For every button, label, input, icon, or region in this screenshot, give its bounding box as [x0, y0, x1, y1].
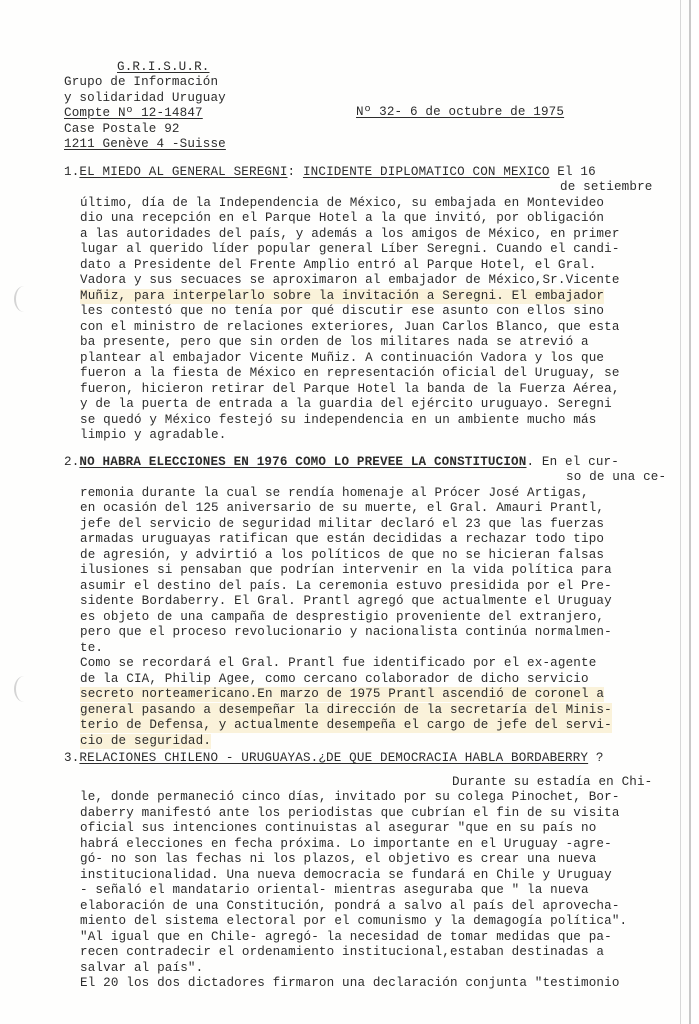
- body-line: fueron, hicieron retirar del Parque Hote…: [80, 382, 620, 397]
- section-heading: 3.RELACIONES CHILENO - URUGUAYAS.¿DE QUE…: [64, 751, 604, 766]
- body-line: dio una recepción en el Parque Hotel a l…: [80, 211, 604, 226]
- body-line: lugar al querido líder popular general L…: [80, 242, 620, 257]
- body-line: "Al igual que en Chile- agregó- la neces…: [80, 930, 612, 945]
- punch-hole-mark: [14, 676, 34, 702]
- body-line: gó- no son las fechas ni los plazos, el …: [80, 852, 596, 867]
- body-line: último, día de la Independencia de Méxic…: [80, 196, 604, 211]
- body-line: armadas uruguayas ratifican que están de…: [80, 532, 604, 547]
- body-line: de setiembre: [560, 180, 653, 195]
- section-number: 2.: [64, 455, 79, 469]
- org-acronym: G.R.I.S.U.R.: [117, 60, 210, 75]
- postal-box: Case Postale 92: [64, 122, 180, 137]
- body-line: remonia durante la cual se rendía homena…: [80, 486, 589, 501]
- body-line: les contestó que no tenía por qué discut…: [80, 304, 604, 319]
- body-line: le, donde permaneció cinco días, invitad…: [80, 790, 620, 805]
- section-heading: 1.EL MIEDO AL GENERAL SEREGNI: INCIDENTE…: [64, 165, 596, 180]
- title-separator: :: [288, 165, 303, 179]
- body-line: institucionalidad. Una nueva democracia …: [80, 868, 612, 883]
- issue-number-date: Nº 32- 6 de octubre de 1975: [356, 105, 564, 120]
- body-line: Como se recordará el Gral. Prantl fue id…: [80, 656, 596, 671]
- body-line: de la CIA, Philip Agee, como cercano col…: [80, 672, 589, 687]
- body-line: sidente Bordaberry. El Gral. Prantl agre…: [80, 594, 612, 609]
- body-line: general pasando a desempeñar la direcció…: [80, 703, 612, 718]
- body-line: secreto norteamericano.En marzo de 1975 …: [80, 687, 604, 702]
- body-line: jefe del servicio de seguridad militar d…: [80, 517, 604, 532]
- body-line: so de una ce-: [566, 470, 666, 485]
- section-heading: 2.NO HABRA ELECCIONES EN 1976 COMO LO PR…: [64, 455, 619, 470]
- org-name-line: Grupo de Información: [64, 75, 218, 90]
- body-line: dato a Presidente del Frente Amplio entr…: [80, 258, 596, 273]
- body-line: ilusiones si pensaban que podrían interv…: [80, 563, 612, 578]
- body-line: y de la puerta de entrada a la guardia d…: [80, 397, 612, 412]
- body-line: - señaló el mandatario oriental- mientra…: [80, 883, 589, 898]
- postal-address: 1211 Genève 4 -Suisse: [64, 137, 226, 152]
- body-line: Muñiz, para interpelarlo sobre la invita…: [80, 289, 604, 304]
- body-line: habrá elecciones en fecha próxima. Lo im…: [80, 837, 612, 852]
- punch-hole-mark: [14, 286, 34, 312]
- section-number: 1.: [64, 165, 79, 179]
- section-lead: . En el cur-: [526, 455, 619, 469]
- body-line: oficial sus intenciones continuistas al …: [80, 821, 596, 836]
- body-line: asumir el destino del país. La ceremonia…: [80, 579, 612, 594]
- body-line: salvar al país".: [80, 961, 203, 976]
- body-line: Durante su estadía en Chi-: [452, 775, 652, 790]
- body-line: se quedó y México festejó su independenc…: [80, 413, 596, 428]
- body-line: miento del sistema electoral por el comu…: [80, 914, 627, 929]
- body-line: fueron a la fiesta de México en represen…: [80, 366, 620, 381]
- body-line: con el ministro de relaciones exteriores…: [80, 320, 620, 335]
- page-edge-line: [680, 0, 681, 1024]
- section-title: NO HABRA ELECCIONES EN 1976 COMO LO PREV…: [79, 455, 526, 469]
- body-line: pero que el proceso revolucionario y nac…: [80, 625, 612, 640]
- section-title-tail: ?: [588, 751, 603, 765]
- body-line: limpio y agradable.: [80, 428, 226, 443]
- body-line: te.: [80, 641, 103, 656]
- section-lead: El 16: [550, 165, 596, 179]
- section-subtitle: INCIDENTE DIPLOMATICO CON MEXICO: [303, 165, 550, 179]
- account-number: Compte Nº 12-14847: [64, 106, 203, 121]
- section-title: EL MIEDO AL GENERAL SEREGNI: [79, 165, 287, 179]
- body-line: plantear al embajador Vicente Muñiz. A c…: [80, 351, 604, 366]
- org-name-line: y solidaridad Uruguay: [64, 91, 226, 106]
- document-page: G.R.I.S.U.R. Grupo de Información y soli…: [0, 0, 691, 1024]
- body-line: Vadora y sus secuaces se aproximaron al …: [80, 273, 620, 288]
- body-line: recen contradecir el ordenamiento instit…: [80, 945, 604, 960]
- section-title: RELACIONES CHILENO - URUGUAYAS.¿DE QUE D…: [79, 751, 588, 765]
- body-line: ba presente, pero que sin orden de los m…: [80, 335, 589, 350]
- body-line: cio de seguridad.: [80, 734, 211, 749]
- body-line: es objeto de una campaña de desprestigio…: [80, 610, 604, 625]
- body-line: elaboración de una Constitución, pondrá …: [80, 899, 620, 914]
- body-line: terio de Defensa, y actualmente desempeñ…: [80, 718, 612, 733]
- body-line: de agresión, y advirtió a los políticos …: [80, 548, 604, 563]
- section-number: 3.: [64, 751, 79, 765]
- body-line: daberry manifestó ante los periodistas q…: [80, 806, 620, 821]
- body-line: en ocasión del 125 aniversario de su mue…: [80, 501, 604, 516]
- body-line: El 20 los dos dictadores firmaron una de…: [80, 976, 620, 991]
- body-line: a las autoridades del país, y además a l…: [80, 227, 620, 242]
